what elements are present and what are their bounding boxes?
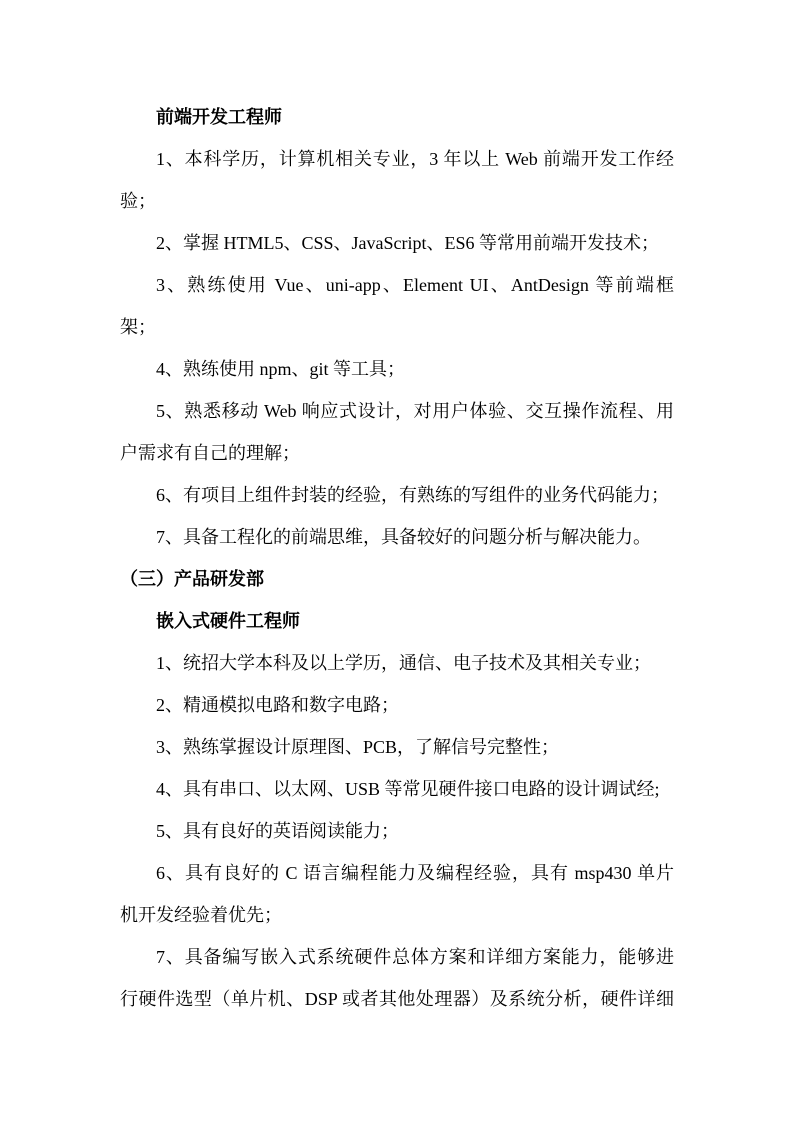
- hardware-req-2: 2、精通模拟电路和数字电路；: [120, 684, 674, 726]
- job-title-frontend-engineer: 前端开发工程师: [120, 96, 674, 138]
- frontend-req-4: 4、熟练使用 npm、git 等工具；: [120, 348, 674, 390]
- document-body: 前端开发工程师 1、本科学历，计算机相关专业，3 年以上 Web 前端开发工作经…: [120, 96, 674, 1020]
- hardware-req-7-line-2: 行硬件选型（单片机、DSP 或者其他处理器）及系统分析，硬件详细: [120, 978, 674, 1020]
- frontend-req-6: 6、有项目上组件封装的经验，有熟练的写组件的业务代码能力；: [120, 474, 674, 516]
- frontend-req-7: 7、具备工程化的前端思维，具备较好的问题分析与解决能力。: [120, 516, 674, 558]
- hardware-req-5: 5、具有良好的英语阅读能力；: [120, 810, 674, 852]
- frontend-req-1-line-1: 1、本科学历，计算机相关专业，3 年以上 Web 前端开发工作经: [120, 138, 674, 180]
- hardware-req-6-line-2: 机开发经验着优先；: [120, 894, 674, 936]
- job-title-embedded-hardware-engineer: 嵌入式硬件工程师: [120, 600, 674, 642]
- hardware-req-4: 4、具有串口、以太网、USB 等常见硬件接口电路的设计调试经;: [120, 768, 674, 810]
- frontend-req-5-line-1: 5、熟悉移动 Web 响应式设计，对用户体验、交互操作流程、用: [120, 390, 674, 432]
- hardware-req-7-line-1: 7、具备编写嵌入式系统硬件总体方案和详细方案能力，能够进: [120, 936, 674, 978]
- hardware-req-3: 3、熟练掌握设计原理图、PCB，了解信号完整性；: [120, 726, 674, 768]
- hardware-req-6-line-1: 6、具有良好的 C 语言编程能力及编程经验，具有 msp430 单片: [120, 852, 674, 894]
- hardware-req-1: 1、统招大学本科及以上学历，通信、电子技术及其相关专业；: [120, 642, 674, 684]
- frontend-req-3-line-2: 架；: [120, 306, 674, 348]
- frontend-req-1-line-2: 验；: [120, 180, 674, 222]
- document-page: 前端开发工程师 1、本科学历，计算机相关专业，3 年以上 Web 前端开发工作经…: [0, 0, 793, 1122]
- section-heading-product-rnd-dept: （三）产品研发部: [120, 558, 674, 600]
- frontend-req-3-line-1: 3、熟练使用 Vue、uni-app、Element UI、AntDesign …: [120, 264, 674, 306]
- frontend-req-5-line-2: 户需求有自己的理解；: [120, 432, 674, 474]
- frontend-req-2: 2、掌握 HTML5、CSS、JavaScript、ES6 等常用前端开发技术；: [120, 222, 674, 264]
